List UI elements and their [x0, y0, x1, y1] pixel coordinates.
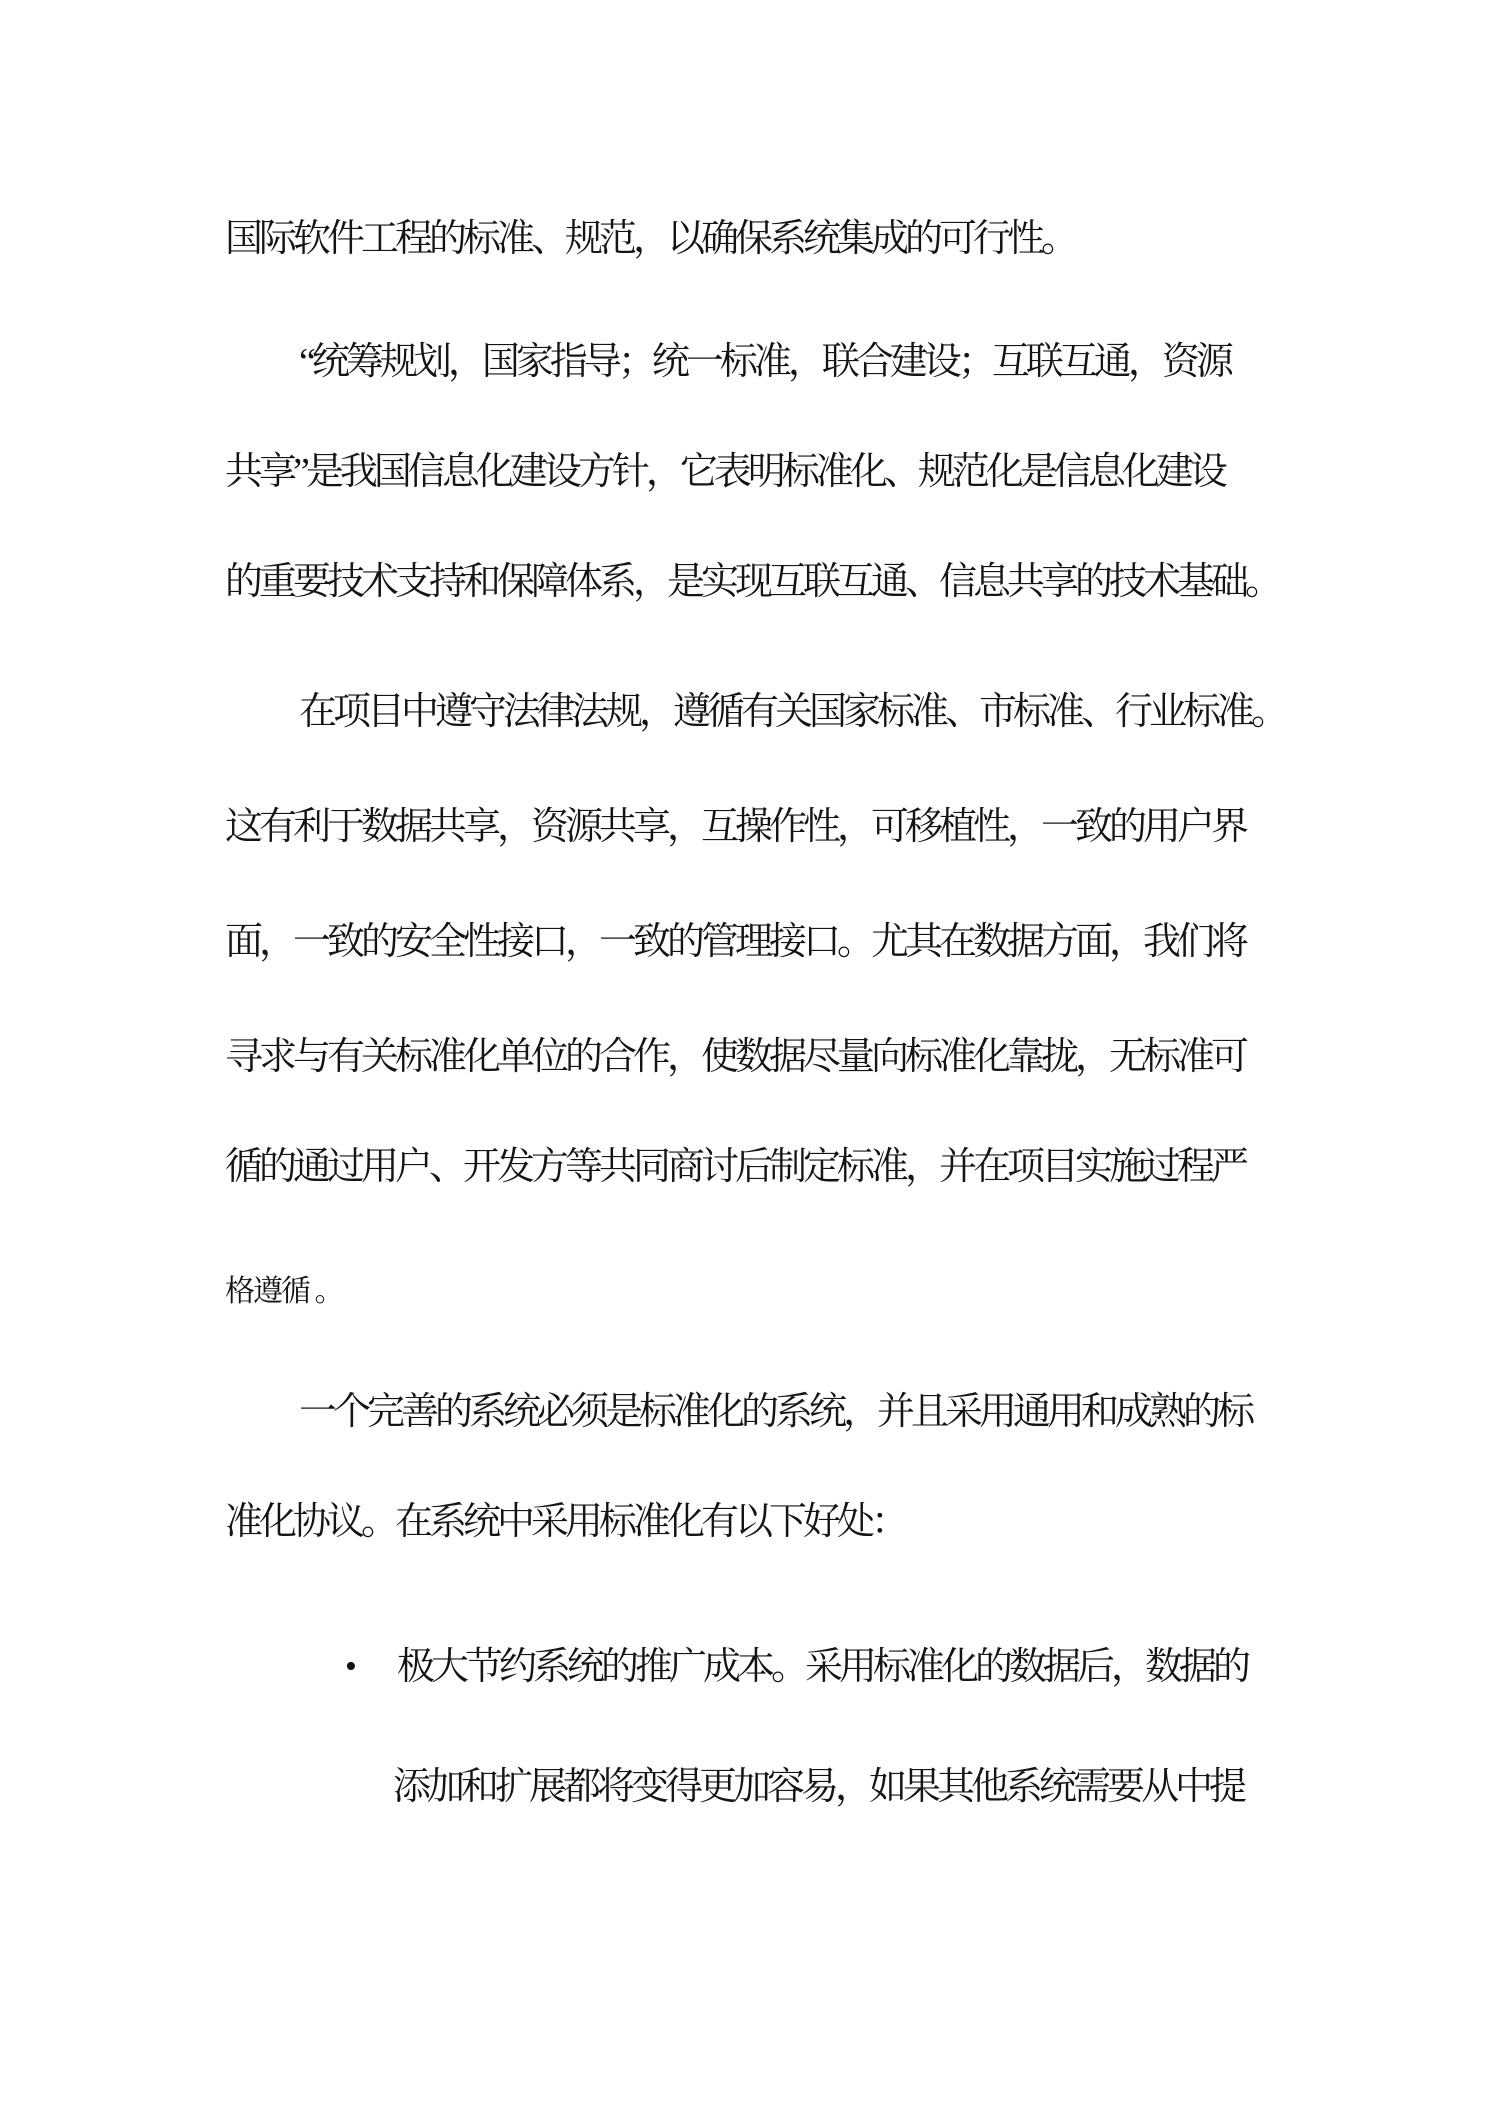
text-line-7: 面，一致的安全性接口，一致的管理接口。尤其在数据方面，我们将 [225, 887, 1300, 997]
bullet-item-continuation: 添加和扩展都将变得更加容易，如果其他系统需要从中提 [225, 1732, 1300, 1842]
text-line-5: 在项目中遵守法律法规，遵循有关国家标准、市标准、行业标准。 [225, 657, 1300, 767]
text-line-1: 国际软件工程的标准、规范，以确保系统集成的可行性。 [225, 184, 1300, 294]
text-line-12: 准化协议。在系统中采用标准化有以下好处： [225, 1467, 1300, 1577]
bullet-icon: • [345, 1612, 357, 1722]
text-line-11: 一个完善的系统必须是标准化的系统，并且采用通用和成熟的标 [225, 1357, 1300, 1467]
text-line-4: 的重要技术支持和保障体系，是实现互联互通、信息共享的技术基础。 [225, 527, 1300, 637]
bullet-item-text: 极大节约系统的推广成本。采用标准化的数据后，数据的 [397, 1646, 1247, 1688]
text-line-2: “统筹规划，国家指导；统一标准，联合建设；互联互通，资源 [225, 307, 1300, 417]
text-line-9: 循的通过用户、开发方等共同商讨后制定标准，并在项目实施过程严 [225, 1112, 1300, 1222]
text-block: 国际软件工程的标准、规范，以确保系统集成的可行性。 “统筹规划，国家指导；统一标… [225, 184, 1300, 1842]
text-line-10: 格遵循 。 [225, 1237, 1300, 1347]
text-line-8: 寻求与有关标准化单位的合作，使数据尽量向标准化靠拢，无标准可 [225, 1002, 1300, 1112]
bullet-item: • 极大节约系统的推广成本。采用标准化的数据后，数据的 [225, 1612, 1300, 1722]
text-line-6: 这有利于数据共享，资源共享，互操作性，可移植性，一致的用户界 [225, 772, 1300, 882]
document-page: 国际软件工程的标准、规范，以确保系统集成的可行性。 “统筹规划，国家指导；统一标… [0, 0, 1492, 2112]
text-line-3: 共享”是我国信息化建设方针，它表明标准化、规范化是信息化建设 [225, 417, 1300, 527]
